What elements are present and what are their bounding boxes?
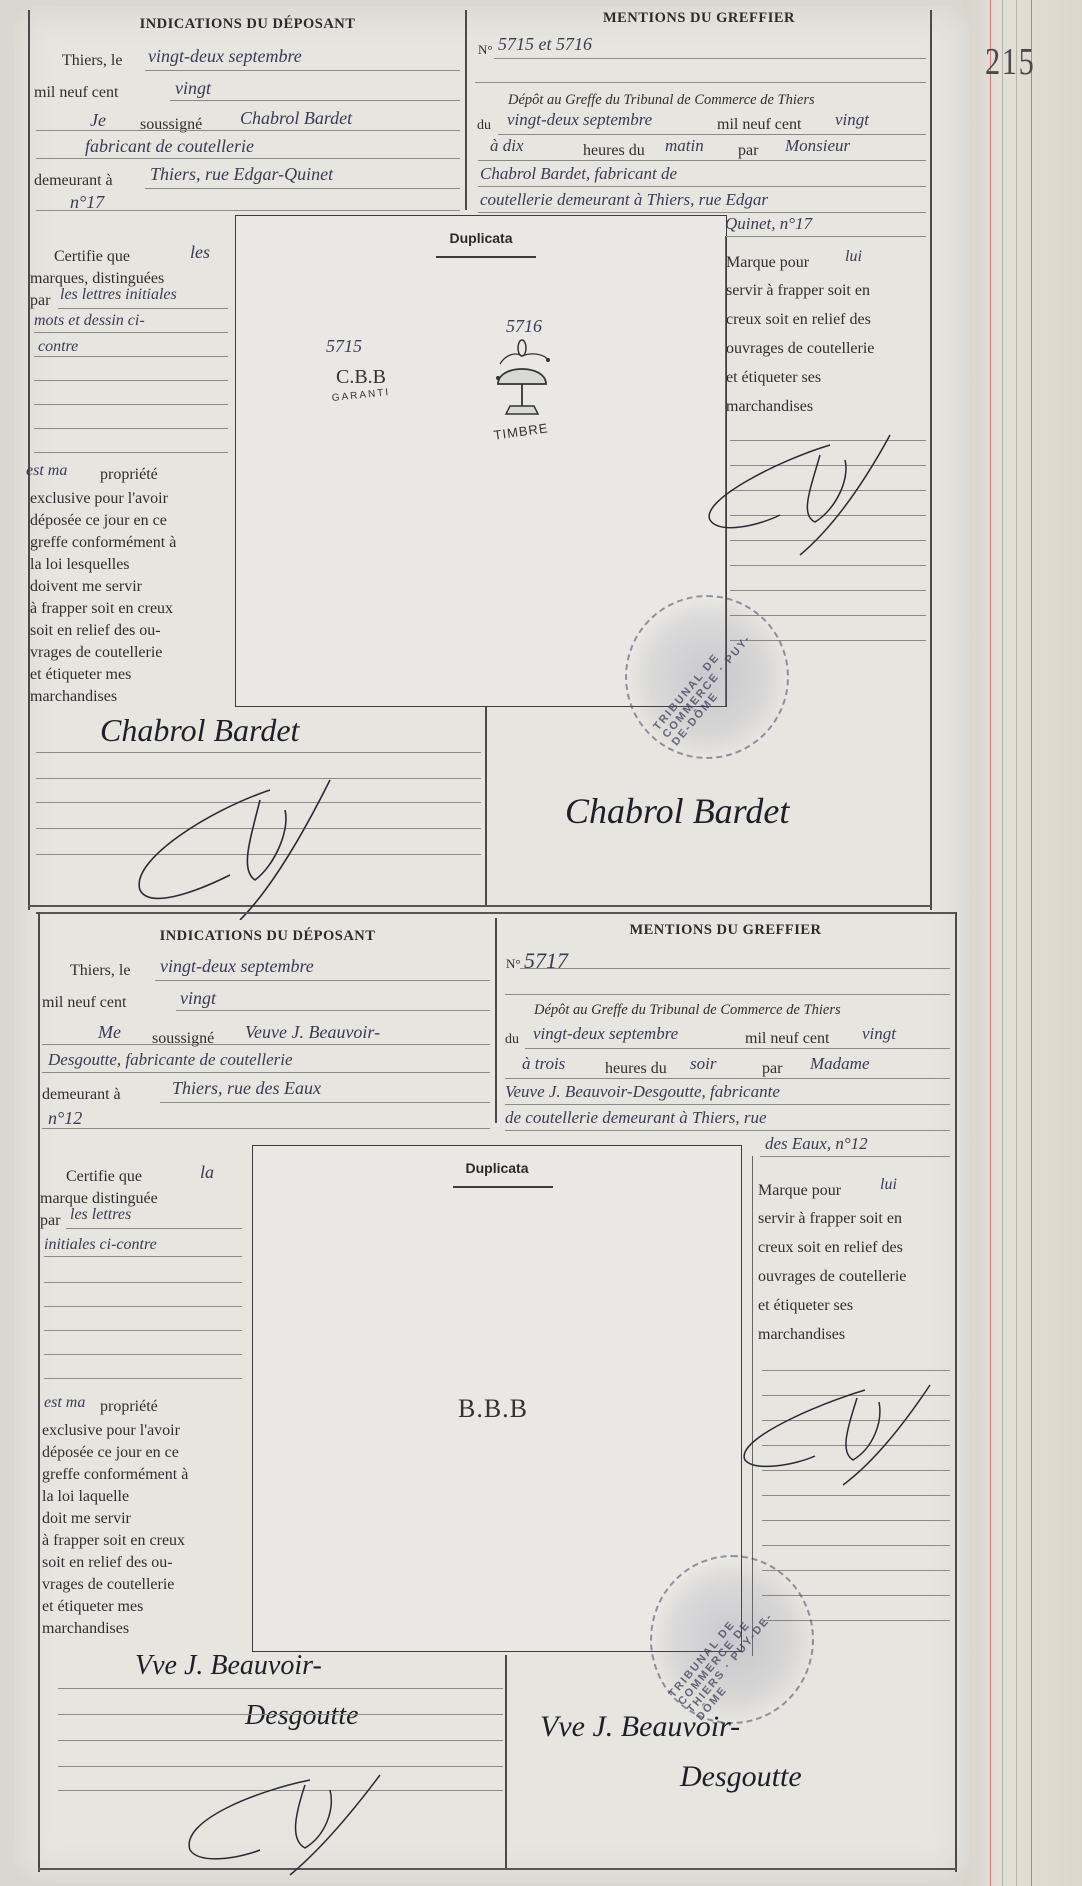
- greffier-line3-handwritten: Quinet, n°17: [725, 214, 812, 234]
- deposant-signature-line1: Vve J. Beauvoir-: [135, 1650, 322, 1682]
- rule: [36, 752, 481, 753]
- page-number: 215: [985, 40, 1035, 84]
- mil-handwritten: vingt: [835, 110, 869, 130]
- greffier-body: servir à frapper soit en creux soit en r…: [726, 276, 926, 421]
- year-label: mil neuf cent: [42, 994, 126, 1012]
- mark-number: 5715: [326, 336, 362, 357]
- greffier-line2-handwritten: de coutellerie demeurant à Thiers, rue: [505, 1108, 767, 1128]
- est-handwritten: est ma: [44, 1394, 85, 1412]
- marque-handwritten: lui: [880, 1176, 897, 1194]
- duplicata-underline: [453, 1186, 553, 1188]
- rule: [478, 186, 926, 187]
- est-handwritten: est ma: [26, 462, 67, 480]
- heures-handwritten: matin: [665, 136, 704, 156]
- rule: [505, 1104, 950, 1105]
- propriete-label: propriété: [100, 466, 158, 484]
- rule: [494, 58, 926, 59]
- soussigne-label: soussigné: [140, 116, 202, 134]
- year-handwritten: vingt: [175, 78, 211, 99]
- du-handwritten: vingt-deux septembre: [507, 110, 652, 130]
- paraph-flourish: [690, 430, 920, 560]
- demeurant-label: demeurant à: [34, 172, 113, 190]
- margin-red-rule: [1031, 0, 1032, 1886]
- profession-handwritten: Desgoutte, fabricante de coutellerie: [48, 1050, 293, 1070]
- rule: [36, 130, 460, 131]
- rule: [762, 1545, 950, 1546]
- deposant-signature: Chabrol Bardet: [100, 712, 299, 749]
- address-handwritten: Thiers, rue Edgar-Quinet: [150, 164, 333, 185]
- ledger-margin: [962, 0, 1082, 1886]
- heures-label: heures du: [605, 1060, 667, 1078]
- rule: [730, 590, 926, 591]
- rule: [44, 1306, 242, 1307]
- date-handwritten: vingt-deux septembre: [160, 956, 314, 977]
- par-handwritten: les lettres initiales: [60, 286, 177, 304]
- rule: [58, 1714, 503, 1715]
- rule: [762, 1520, 950, 1521]
- par-handwritten: les lettres: [70, 1206, 131, 1224]
- marque-label: Marque pour: [758, 1182, 841, 1200]
- rule: [145, 70, 460, 71]
- rule: [505, 1130, 950, 1131]
- no-label: N°: [506, 956, 521, 972]
- par-label: par: [30, 292, 50, 310]
- mil-label: mil neuf cent: [717, 116, 801, 134]
- column-divider: [495, 918, 497, 1123]
- address2-handwritten: n°12: [48, 1108, 82, 1129]
- rule: [525, 1048, 950, 1049]
- demeurant-label: demeurant à: [42, 1086, 121, 1104]
- rule: [725, 236, 926, 237]
- rule: [730, 565, 926, 566]
- rule: [34, 356, 228, 357]
- paraph-flourish: [140, 1770, 440, 1880]
- rule: [44, 1378, 242, 1379]
- name-handwritten: Chabrol Bardet: [240, 108, 352, 129]
- du-label: du: [505, 1032, 519, 1048]
- margin-grey-rule: [1016, 0, 1017, 1886]
- greffier-line3-handwritten: des Eaux, n°12: [765, 1134, 868, 1154]
- form-left-border: [38, 912, 40, 1872]
- greffier-line1-handwritten: Chabrol Bardet, fabricant de: [480, 164, 677, 184]
- du-label: du: [477, 118, 491, 134]
- profession-handwritten: fabricant de coutellerie: [85, 136, 254, 157]
- rule: [478, 160, 926, 161]
- no-label: N°: [478, 42, 493, 58]
- par-label: par: [40, 1212, 60, 1230]
- greffier-header: MENTIONS DU GREFFIER: [498, 922, 953, 939]
- greffier-line1-handwritten: Veuve J. Beauvoir-Desgoutte, fabricante: [505, 1082, 780, 1102]
- rule: [160, 1102, 490, 1103]
- du-handwritten: vingt-deux septembre: [533, 1024, 678, 1044]
- year-handwritten: vingt: [180, 988, 216, 1009]
- rule: [145, 188, 460, 189]
- deposant-header: INDICATIONS DU DÉPOSANT: [30, 16, 465, 33]
- form-right-border: [955, 912, 957, 1872]
- greffier-line2-handwritten: coutellerie demeurant à Thiers, rue Edga…: [480, 190, 768, 210]
- bell-icon: [486, 334, 556, 424]
- heures-label: heures du: [583, 142, 645, 160]
- rule: [34, 380, 228, 381]
- rule: [505, 994, 950, 995]
- mark-text: B.B.B: [393, 1394, 593, 1424]
- marque-label: Marque pour: [726, 254, 809, 272]
- rule: [170, 100, 460, 101]
- rule: [34, 452, 228, 453]
- mil-handwritten: vingt: [862, 1024, 896, 1044]
- signature-divider: [485, 705, 487, 905]
- greffier-signature-line2: Desgoutte: [680, 1760, 802, 1794]
- deposant-header: INDICATIONS DU DÉPOSANT: [40, 928, 495, 945]
- paraph-flourish: [725, 1380, 955, 1490]
- par2-handwritten: mots et dessin ci-: [34, 312, 145, 330]
- par-label: par: [762, 1060, 782, 1078]
- rule: [66, 1228, 242, 1229]
- certifie-handwritten: la: [200, 1162, 214, 1183]
- rule: [762, 1370, 950, 1371]
- pronoun-handwritten: Je: [90, 110, 106, 131]
- place-label: Thiers, le: [70, 962, 130, 980]
- rule: [42, 1072, 490, 1073]
- greffier-signature-line1: Vve J. Beauvoir-: [540, 1710, 740, 1744]
- rule: [42, 1128, 490, 1129]
- rule: [762, 1495, 950, 1496]
- margin-grey-rule: [1002, 0, 1003, 1886]
- certifie-label: Certifie que: [66, 1168, 142, 1186]
- rule: [42, 1044, 490, 1045]
- rule: [34, 332, 228, 333]
- greffier-body: servir à frapper soit en creux soit en r…: [758, 1204, 953, 1349]
- rule: [34, 428, 228, 429]
- rule: [44, 1282, 242, 1283]
- par2-handwritten: initiales ci-contre: [44, 1236, 157, 1254]
- rule: [34, 404, 228, 405]
- rule: [44, 1330, 242, 1331]
- a-handwritten: à dix: [490, 136, 524, 156]
- number-handwritten: 5715 et 5716: [498, 34, 592, 55]
- duplicata-label: Duplicata: [236, 230, 726, 246]
- mil-label: mil neuf cent: [745, 1030, 829, 1048]
- column-divider: [465, 10, 467, 210]
- rule: [44, 1354, 242, 1355]
- year-label: mil neuf cent: [34, 84, 118, 102]
- deposant-body: exclusive pour l'avoir déposée ce jour e…: [42, 1420, 247, 1640]
- number-handwritten: 5717: [524, 948, 568, 974]
- depot-text: Dépôt au Greffe du Tribunal de Commerce …: [534, 1002, 841, 1019]
- certifie-label: Certifie que: [54, 248, 130, 266]
- par-label: par: [738, 142, 758, 160]
- rule: [36, 158, 460, 159]
- address-handwritten: Thiers, rue des Eaux: [172, 1078, 321, 1099]
- duplicata-label: Duplicata: [253, 1160, 741, 1176]
- soussigne-label: soussigné: [152, 1030, 214, 1048]
- paraph-flourish: [90, 770, 390, 920]
- par-handwritten: Monsieur: [785, 136, 850, 156]
- rule: [58, 1688, 503, 1689]
- form-left-border: [28, 10, 30, 910]
- rule: [475, 82, 926, 83]
- rule: [176, 1010, 490, 1011]
- deposant-signature-line2: Desgoutte: [245, 1700, 359, 1732]
- rule: [498, 134, 926, 135]
- par3-handwritten: contre: [38, 338, 78, 356]
- propriete-label: propriété: [100, 1398, 158, 1416]
- rule: [505, 1078, 950, 1079]
- name-handwritten: Veuve J. Beauvoir-: [245, 1022, 380, 1043]
- rule: [760, 1156, 950, 1157]
- rule: [58, 1766, 503, 1767]
- greffier-header: MENTIONS DU GREFFIER: [468, 10, 930, 27]
- deposant-body: exclusive pour l'avoir déposée ce jour e…: [30, 488, 230, 708]
- signature-divider: [505, 1655, 507, 1868]
- rule: [58, 1740, 503, 1741]
- heures-handwritten: soir: [690, 1054, 716, 1074]
- rule: [155, 980, 490, 981]
- duplicata-box: Duplicata B.B.B: [252, 1145, 742, 1652]
- form-top-border: [36, 912, 956, 914]
- marque-handwritten: lui: [845, 248, 862, 266]
- a-handwritten: à trois: [522, 1054, 565, 1074]
- rule: [762, 1570, 950, 1571]
- pronoun-handwritten: Me: [98, 1022, 121, 1043]
- place-label: Thiers, le: [62, 52, 122, 70]
- rule: [520, 968, 950, 969]
- rule: [36, 210, 460, 211]
- greffier-signature: Chabrol Bardet: [565, 790, 789, 832]
- form-right-border: [930, 10, 932, 910]
- depot-text: Dépôt au Greffe du Tribunal de Commerce …: [508, 92, 815, 109]
- duplicata-underline: [436, 256, 536, 258]
- par-handwritten: Madame: [810, 1054, 869, 1074]
- rule: [478, 212, 926, 213]
- margin-red-rule: [990, 0, 991, 1886]
- rule: [58, 308, 228, 309]
- date-handwritten: vingt-deux septembre: [148, 46, 302, 67]
- certifie-handwritten: les: [190, 242, 210, 263]
- rule: [44, 1256, 242, 1257]
